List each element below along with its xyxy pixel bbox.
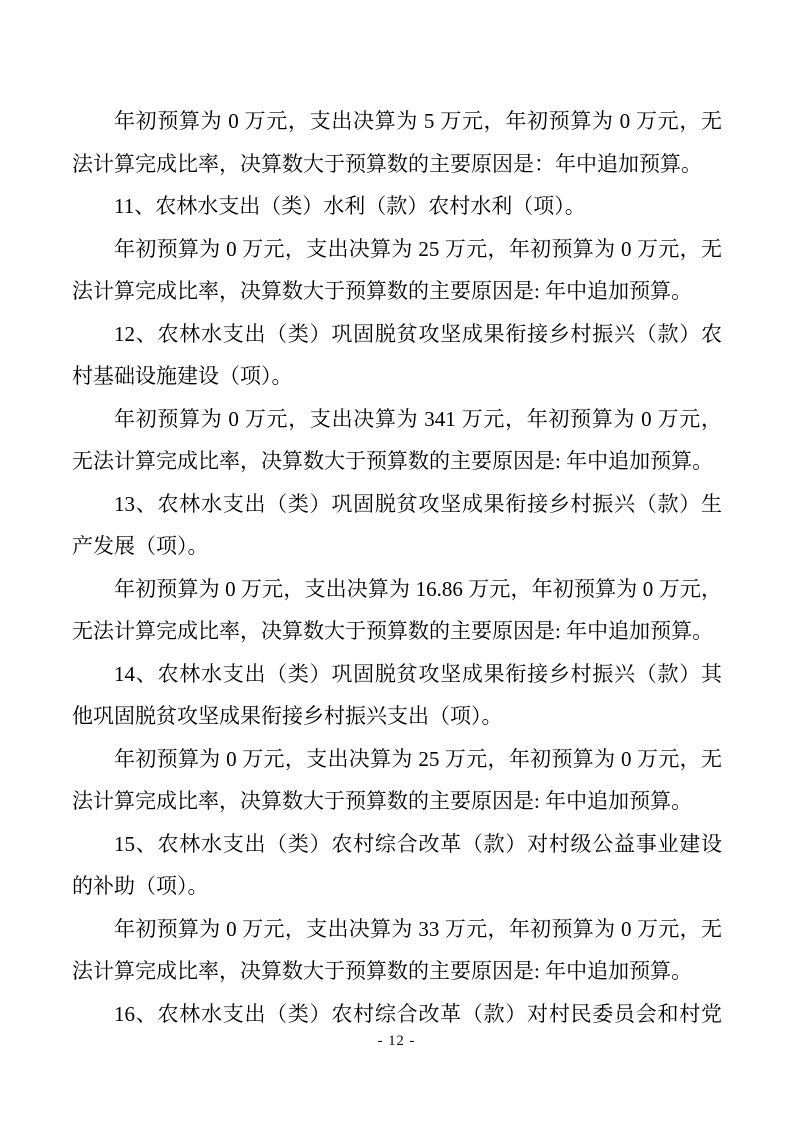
- budget-explanation-paragraph: 年初预算为 0 万元，支出决算为 25 万元，年初预算为 0 万元，无法计算完成…: [72, 738, 722, 823]
- document-body: 年初预算为 0 万元，支出决算为 5 万元，年初预算为 0 万元，无法计算完成比…: [72, 100, 722, 1035]
- page-number: - 12 -: [0, 1033, 793, 1050]
- budget-explanation-paragraph: 年初预算为 0 万元，支出决算为 5 万元，年初预算为 0 万元，无法计算完成比…: [72, 100, 722, 185]
- document-page: 年初预算为 0 万元，支出决算为 5 万元，年初预算为 0 万元，无法计算完成比…: [0, 0, 793, 1122]
- expenditure-item-heading-15: 15、农林水支出（类）农村综合改革（款）对村级公益事业建设的补助（项）。: [72, 823, 722, 908]
- expenditure-item-heading-12: 12、农林水支出（类）巩固脱贫攻坚成果衔接乡村振兴（款）农村基础设施建设（项）。: [72, 313, 722, 398]
- budget-explanation-paragraph: 年初预算为 0 万元，支出决算为 25 万元，年初预算为 0 万元，无法计算完成…: [72, 228, 722, 313]
- budget-explanation-paragraph: 年初预算为 0 万元，支出决算为 16.86 万元，年初预算为 0 万元，无法计…: [72, 568, 722, 653]
- expenditure-item-heading-13: 13、农林水支出（类）巩固脱贫攻坚成果衔接乡村振兴（款）生产发展（项）。: [72, 483, 722, 568]
- budget-explanation-paragraph: 年初预算为 0 万元，支出决算为 33 万元，年初预算为 0 万元，无法计算完成…: [72, 908, 722, 993]
- expenditure-item-heading-11: 11、农林水支出（类）水利（款）农村水利（项）。: [72, 185, 722, 228]
- expenditure-item-heading-16: 16、农林水支出（类）农村综合改革（款）对村民委员会和村党: [72, 993, 722, 1036]
- budget-explanation-paragraph: 年初预算为 0 万元，支出决算为 341 万元，年初预算为 0 万元，无法计算完…: [72, 398, 722, 483]
- expenditure-item-heading-14: 14、农林水支出（类）巩固脱贫攻坚成果衔接乡村振兴（款）其他巩固脱贫攻坚成果衔接…: [72, 653, 722, 738]
